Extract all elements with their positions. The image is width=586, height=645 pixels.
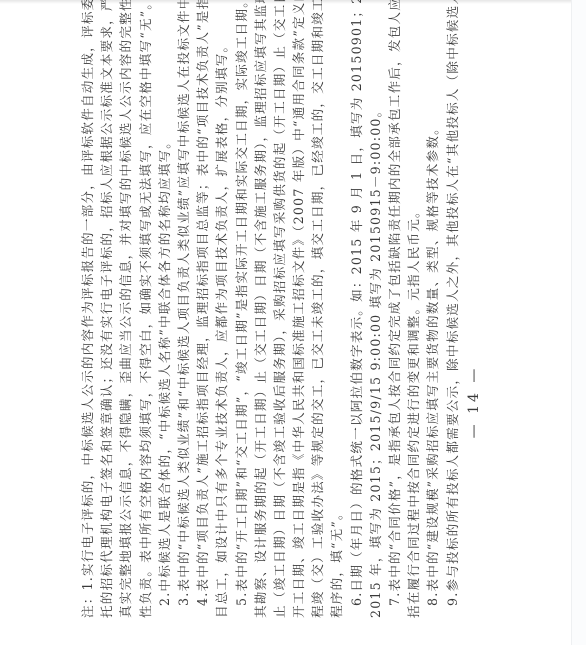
note-line: 2015 年，填写为 2015；2015/9/15 9:00:00 填写为 20… [366, 22, 385, 632]
note-line: 真实完整地填报公示信息，不得隐瞒，歪曲应当公示的信息，并对填写的中标候选人公示内… [116, 22, 135, 632]
note-item-8: 8.表中的“建设规模”采购招标应填写主要货物的数量、类型、规格等技术参数。 [423, 22, 442, 632]
scanned-page: 注：1.实行电子评标的，中标候选人公示的内容作为评标报告的一部分，由评标软件自动… [0, 0, 586, 645]
note-item-2: 2.中标候选人是联合体的，“中标候选人名称”中联合体各方的名称均应填写。 [155, 22, 174, 632]
note-line: 止（竣工日期）日期（不含竣工验收后服务期），采购招标应填写采购供货的起（开工日期… [270, 22, 289, 632]
page-edge-line [571, 0, 572, 645]
note-line: 托的招标代理机构电子签名和签章确认；还没有实行电子评标的，招标人应根据公示标准文… [97, 22, 116, 632]
note-line: 其勘察、设计服务期的起（开工日期）止（交工日期）日期（不含施工服务期），监理招标… [251, 22, 270, 632]
note-line: 注：1.实行电子评标的，中标候选人公示的内容作为评标报告的一部分，由评标软件自动… [78, 22, 97, 632]
note-item-7: 7.表中的“合同价格”，是指承包人按合同约定完成了包括缺陷责任期内的全部承包工作… [385, 22, 404, 632]
note-item-3: 3.表中的“中标候选人类似业绩”和“中标候选人项目负责人类似业绩”应填写中标候选… [174, 22, 193, 632]
note-item-6: 6.日期（年月日）的格式统一以阿拉伯数字表示。如：2015 年 9 月 1 日，… [347, 22, 366, 632]
note-line: 开工日期、竣工日期是指《中华人民共和国标准施工招标文件》（2007 年版）中“通… [289, 22, 308, 632]
note-item-9: 9.参与投标的所有投标人都需要公示，除中标候选人之外，其他投标人在“其他投标人（… [443, 22, 462, 632]
note-line: 程序的，填“无”。 [327, 22, 346, 632]
note-line: 性负责。表中所有空格内容均须填写，不得空白，如确实不须填写或无法填写，应在空格中… [136, 22, 155, 632]
rotated-text-block: 注：1.实行电子评标的，中标候选人公示的内容作为评标报告的一部分，由评标软件自动… [78, 22, 498, 632]
note-line: 括在履行合同过程中按合同约定进行的变更和调整。元指人民币元。 [404, 22, 423, 632]
note-item-4: 4.表中的“项目负责人”施工招标指项目经理，监理招标指项目总监等；表中的“项目技… [193, 22, 212, 632]
page-number: — 14 — [466, 22, 482, 632]
scan-right-margin [572, 0, 586, 645]
note-line: 目总工，如设计中只有多个专业技术负责人，应都作为项目技术负责人，扩展表格，分别填… [212, 22, 231, 632]
notes-section: 注：1.实行电子评标的，中标候选人公示的内容作为评标报告的一部分，由评标软件自动… [78, 22, 462, 632]
note-item-5: 5.表中的“开工日期”和“交工日期”，“竣工日期”是指实际开工日期和实际交工日期… [232, 22, 251, 632]
note-line: 程竣（交）工验收办法》等规定的交工，已交工未竣工的，填交工日期，已经竣工的，交工… [308, 22, 327, 632]
